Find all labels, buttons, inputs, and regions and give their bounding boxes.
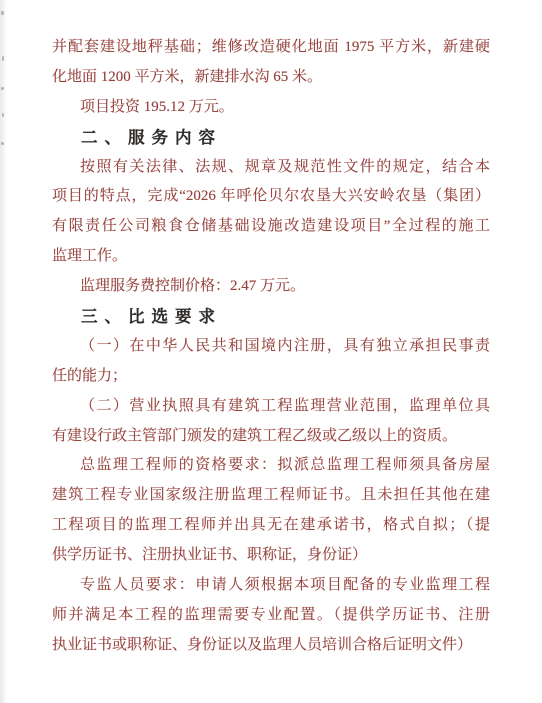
- text-line: 工程项目的监理工程师并出具无在建承诺书，格式自拟；（提: [52, 511, 490, 541]
- text-line: 总监理工程师的资格要求：拟派总监理工程师须具备房屋: [52, 451, 490, 481]
- text-line: 项目投资 195.12 万元。: [52, 93, 490, 123]
- text-line: （一）在中华人民共和国境内注册，具有独立承担民事责: [52, 332, 490, 362]
- text-line: 监理服务费控制价格：2.47 万元。: [52, 272, 490, 302]
- document-text-block: 并配套建设地秤基础；维修改造硬化地面 1975 平方米，新建硬化地面 1200 …: [52, 33, 490, 661]
- section-heading: 二、服务内容: [52, 123, 490, 153]
- text-line: 建筑工程专业国家级注册监理工程师证书。且未担任其他在建: [52, 481, 490, 511]
- text-line: 执业证书或职称证、身份证以及监理人员培训合格后证明文件）: [52, 631, 490, 661]
- text-line: 任的能力；: [52, 362, 490, 392]
- text-line: 供学历证书、注册执业证书、职称证，身份证）: [52, 541, 490, 571]
- scan-edge-shading: [0, 0, 7, 703]
- scan-speck: [1, 11, 4, 15]
- text-line: 化地面 1200 平方米，新建排水沟 65 米。: [52, 63, 490, 93]
- scan-speck: [2, 113, 4, 117]
- document-page: 并配套建设地秤基础；维修改造硬化地面 1975 平方米，新建硬化地面 1200 …: [0, 0, 542, 703]
- scan-speck: [2, 56, 4, 61]
- text-line: 师并满足本工程的监理需要专业配置。（提供学历证书、注册: [52, 601, 490, 631]
- text-line: （二）营业执照具有建筑工程监理营业范围，监理单位具: [52, 392, 490, 422]
- text-line: 按照有关法律、法规、规章及规范性文件的规定，结合本: [52, 153, 490, 183]
- text-line: 有建设行政主管部门颁发的建筑工程乙级或乙级以上的资质。: [52, 422, 490, 452]
- text-line: 项目的特点，完成“2026 年呼伦贝尔农垦大兴安岭农垦（集团）: [52, 182, 490, 212]
- text-line: 有限责任公司粮食仓储基础设施改造建设项目”全过程的施工: [52, 212, 490, 242]
- text-line: 并配套建设地秤基础；维修改造硬化地面 1975 平方米，新建硬: [52, 33, 490, 63]
- text-line: 专监人员要求：申请人须根据本项目配备的专业监理工程: [52, 571, 490, 601]
- scan-speck: [1, 142, 4, 145]
- text-line: 监理工作。: [52, 242, 490, 272]
- section-heading: 三、比选要求: [52, 302, 490, 332]
- scan-speck: [1, 87, 4, 90]
